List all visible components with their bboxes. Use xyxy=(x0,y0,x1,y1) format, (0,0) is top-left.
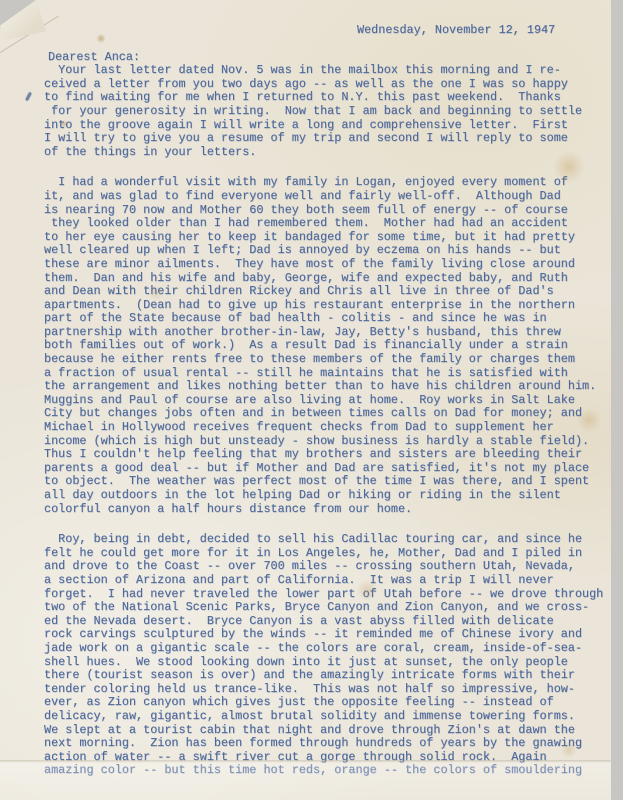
letter-content: Wednesday, November 12, 1947 Dearest Anc… xyxy=(0,0,611,800)
scanned-letter-page: Wednesday, November 12, 1947 Dearest Anc… xyxy=(0,0,623,800)
paper-crease-bottom xyxy=(0,760,611,800)
letter-paragraph-2: I had a wonderful visit with my family i… xyxy=(44,176,611,516)
paper-sheet: Wednesday, November 12, 1947 Dearest Anc… xyxy=(0,0,611,800)
letter-date: Wednesday, November 12, 1947 xyxy=(357,24,611,38)
letter-salutation: Dearest Anca: xyxy=(48,51,611,65)
letter-paragraph-3: Roy, being in debt, decided to sell his … xyxy=(44,533,611,778)
letter-paragraph-1: Your last letter dated Nov. 5 was in the… xyxy=(44,64,611,159)
